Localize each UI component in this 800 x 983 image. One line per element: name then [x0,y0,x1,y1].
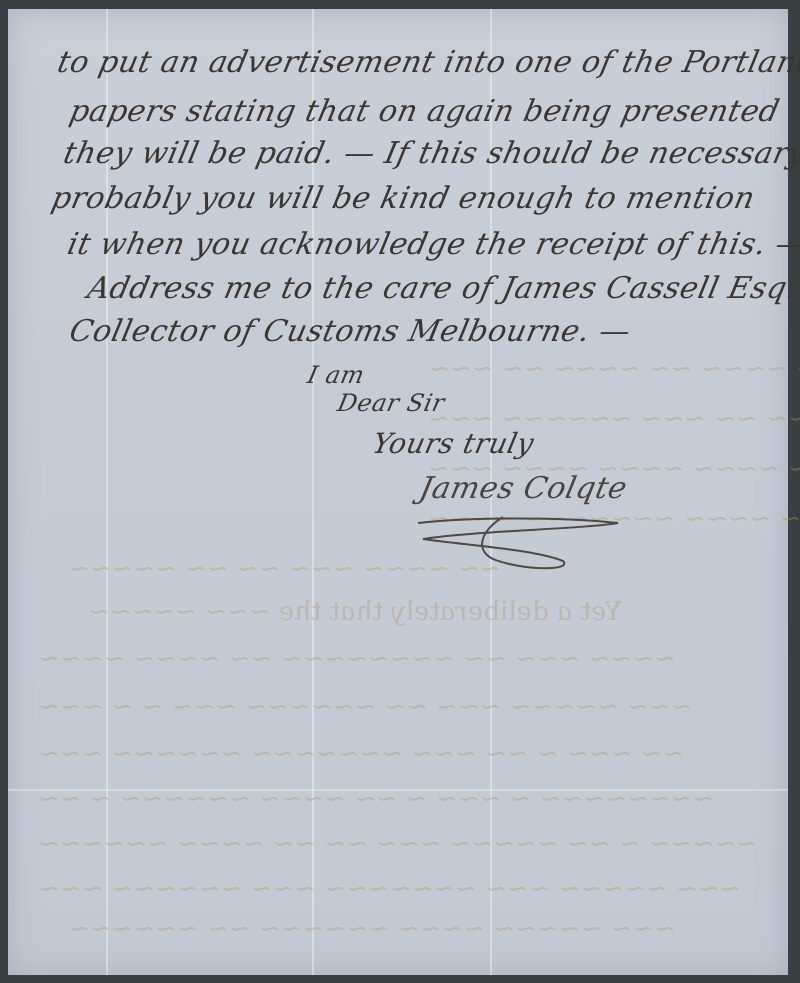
bleed-through-line: ~~~ ~~~~~ ~~~ ~~ ~~~~~~ ~~~ ~ ~ ~~~ [35,692,695,722]
letter-body-line: Collector of Customs Melbourne. — [66,314,634,349]
bleed-through-line: ~~~ ~~~~~ ~~~ ~~~~~~~ ~~~ ~~~~~~ ~~~ [35,874,743,904]
letter-body-line: to put an advertisement into one of the … [54,45,800,80]
letter-body-line: papers stating that on again being prese… [66,94,782,129]
bleed-through-line: ~~~~ ~~~ ~~ ~~~~~~~~ ~~ ~~~~ ~~~~ [35,644,678,674]
closing-salutation: Dear Sir [335,389,447,417]
letter-body-line: it when you acknowledge the receipt of t… [64,227,800,262]
signature-flourish [413,509,633,579]
bleed-through-line: ~~ ~~~ ~ ~~ ~~~ ~~~~~~~ ~~~~~~ ~~~ [35,739,686,769]
signature: James Colqte [416,471,630,506]
bleed-through-line: ~~~ ~~~~~ ~~~~ ~~~~~~ ~~ ~~~~~~ [65,914,678,944]
bleed-through-line: Yet a deliberately that the ~~~ ~~~~~ [85,597,624,627]
letter-page: ~ ~~~ ~~~~ ~~ ~~~~ ~~ ~~~ ~~~ ~~ ~~~~~~~… [8,9,788,975]
bleed-through-line: ~~~~~ ~ ~~ ~~~~~ ~~~ ~~ ~~ ~~~~ ~~~~~~ [35,829,760,859]
closing-yours-truly: Yours truly [369,427,537,460]
closing-i-am: I am [305,361,367,389]
letter-body-line: they will be paid. — If this should be n… [60,136,800,171]
bleed-through-line: ~ ~~~ ~~~~ ~~ ~~~~ ~~ ~~~ [425,354,800,384]
letter-body-line: Address me to the care of James Cassell … [84,271,800,306]
bleed-through-line: ~~~~~~~~ ~ ~~~ ~ ~~ ~~~~ ~~~~~~ ~ ~~ [35,784,716,814]
letter-body-line: probably you will be kind enough to ment… [48,181,758,216]
